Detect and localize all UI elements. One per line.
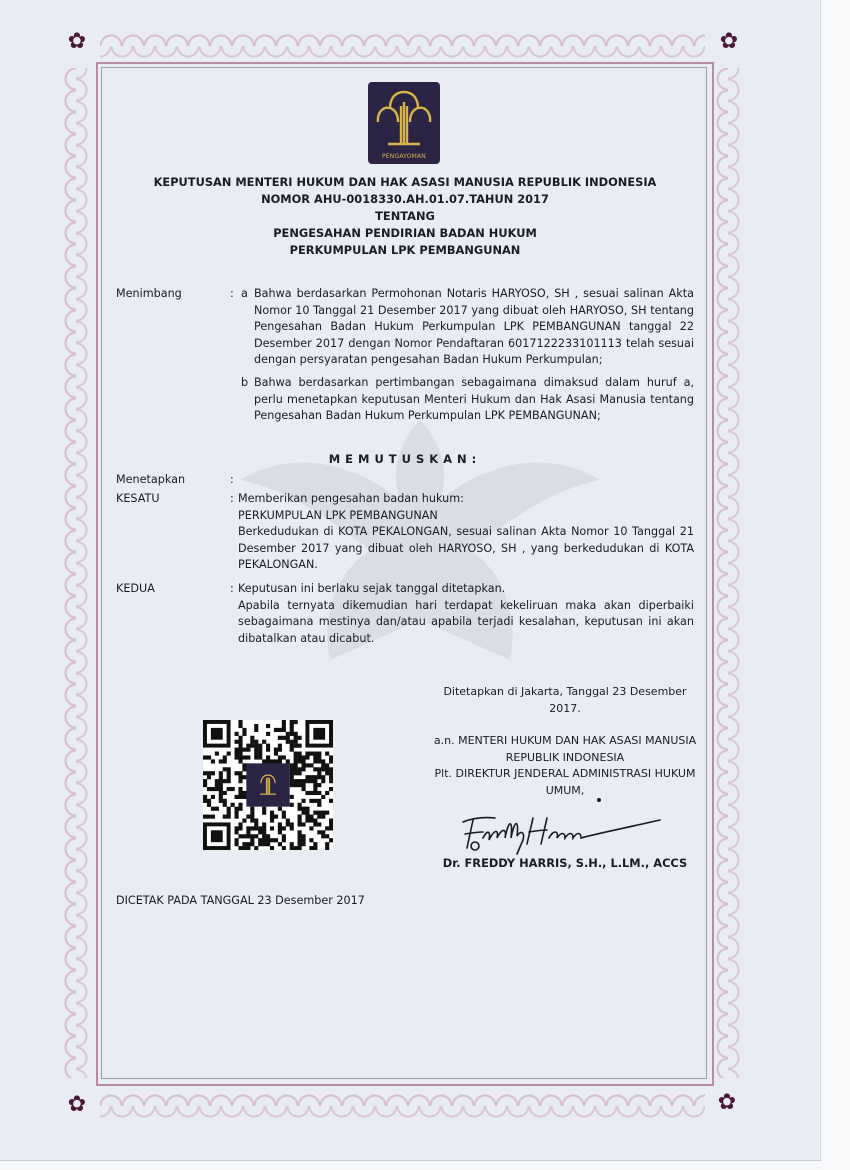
right-scallop-border bbox=[714, 68, 742, 1078]
qr-code bbox=[203, 720, 333, 850]
signature-block: Ditetapkan di Jakarta, Tanggal 23 Desemb… bbox=[425, 684, 705, 799]
header-about: TENTANG bbox=[100, 208, 710, 225]
kedua-line-1: Keputusan ini berlaku sejak tanggal dite… bbox=[238, 581, 694, 598]
pengayoman-logo: PENGAYOMAN bbox=[368, 82, 440, 164]
printed-date: DICETAK PADA TANGGAL 23 Desember 2017 bbox=[116, 894, 365, 907]
signature-icon bbox=[455, 808, 665, 856]
position-line-1: Plt. DIREKTUR JENDERAL ADMINISTRASI HUKU… bbox=[425, 766, 705, 783]
corner-ornament-icon: ✿ bbox=[66, 31, 88, 53]
kedua-label: KEDUA bbox=[116, 582, 155, 595]
document-page: ✿ ✿ ✿ ✿ PENGAYOMAN KEPUTUSAN MENT bbox=[0, 0, 821, 1161]
corner-ornament-icon: ✿ bbox=[718, 31, 740, 53]
on-behalf-line-2: REPUBLIK INDONESIA bbox=[425, 750, 705, 767]
kesatu-line-1: Memberikan pengesahan badan hukum: bbox=[238, 491, 694, 508]
menimbang-item-b-letter: b bbox=[241, 376, 248, 389]
top-scallop-border bbox=[100, 32, 705, 60]
logo-caption: PENGAYOMAN bbox=[368, 153, 440, 160]
position-line-2: UMUM, bbox=[425, 783, 705, 800]
header-entity: PERKUMPULAN LPK PEMBANGUNAN bbox=[100, 242, 710, 259]
menetapkan-label: Menetapkan bbox=[116, 473, 185, 486]
kesatu-domicile: Berkedudukan di KOTA PEKALONGAN, sesuai … bbox=[238, 524, 694, 574]
scan-edge-strip bbox=[821, 0, 850, 1170]
signature-dot bbox=[597, 798, 601, 802]
kesatu-colon: : bbox=[230, 492, 234, 505]
menimbang-label: Menimbang bbox=[116, 287, 182, 300]
menimbang-item-a-letter: a bbox=[241, 287, 248, 300]
menimbang-item-a-text: Bahwa berdasarkan Permohonan Notaris HAR… bbox=[254, 286, 694, 369]
kedua-colon: : bbox=[230, 582, 234, 595]
kedua-line-2: Apabila ternyata dikemudian hari terdapa… bbox=[238, 598, 694, 648]
header-number: NOMOR AHU-0018330.AH.01.07.TAHUN 2017 bbox=[100, 191, 710, 208]
left-scallop-border bbox=[62, 68, 90, 1078]
place-date-line-2: 2017. bbox=[425, 701, 705, 718]
header-title: KEPUTUSAN MENTERI HUKUM DAN HAK ASASI MA… bbox=[100, 174, 710, 191]
header-subject: PENGESAHAN PENDIRIAN BADAN HUKUM bbox=[100, 225, 710, 242]
on-behalf-line-1: a.n. MENTERI HUKUM DAN HAK ASASI MANUSIA bbox=[425, 733, 705, 750]
kedua-content: Keputusan ini berlaku sejak tanggal dite… bbox=[238, 581, 694, 647]
menetapkan-colon: : bbox=[230, 473, 234, 486]
place-date-line-1: Ditetapkan di Jakarta, Tanggal 23 Desemb… bbox=[425, 684, 705, 701]
corner-ornament-icon: ✿ bbox=[716, 1092, 738, 1114]
decision-heading: MEMUTUSKAN: bbox=[100, 452, 710, 466]
kesatu-label: KESATU bbox=[116, 492, 160, 505]
menimbang-colon: : bbox=[230, 287, 234, 300]
pengayoman-tree-icon bbox=[368, 82, 440, 152]
menimbang-item-b-text: Bahwa berdasarkan pertimbangan sebagaima… bbox=[254, 375, 694, 425]
kesatu-content: Memberikan pengesahan badan hukum: PERKU… bbox=[238, 491, 694, 574]
signer-name: Dr. FREDDY HARRIS, S.H., L.LM., ACCS bbox=[425, 856, 705, 870]
kesatu-entity-name: PERKUMPULAN LPK PEMBANGUNAN bbox=[238, 508, 694, 525]
corner-ornament-icon: ✿ bbox=[66, 1094, 88, 1116]
bottom-scallop-border bbox=[100, 1092, 705, 1120]
document-header: KEPUTUSAN MENTERI HUKUM DAN HAK ASASI MA… bbox=[100, 174, 710, 259]
